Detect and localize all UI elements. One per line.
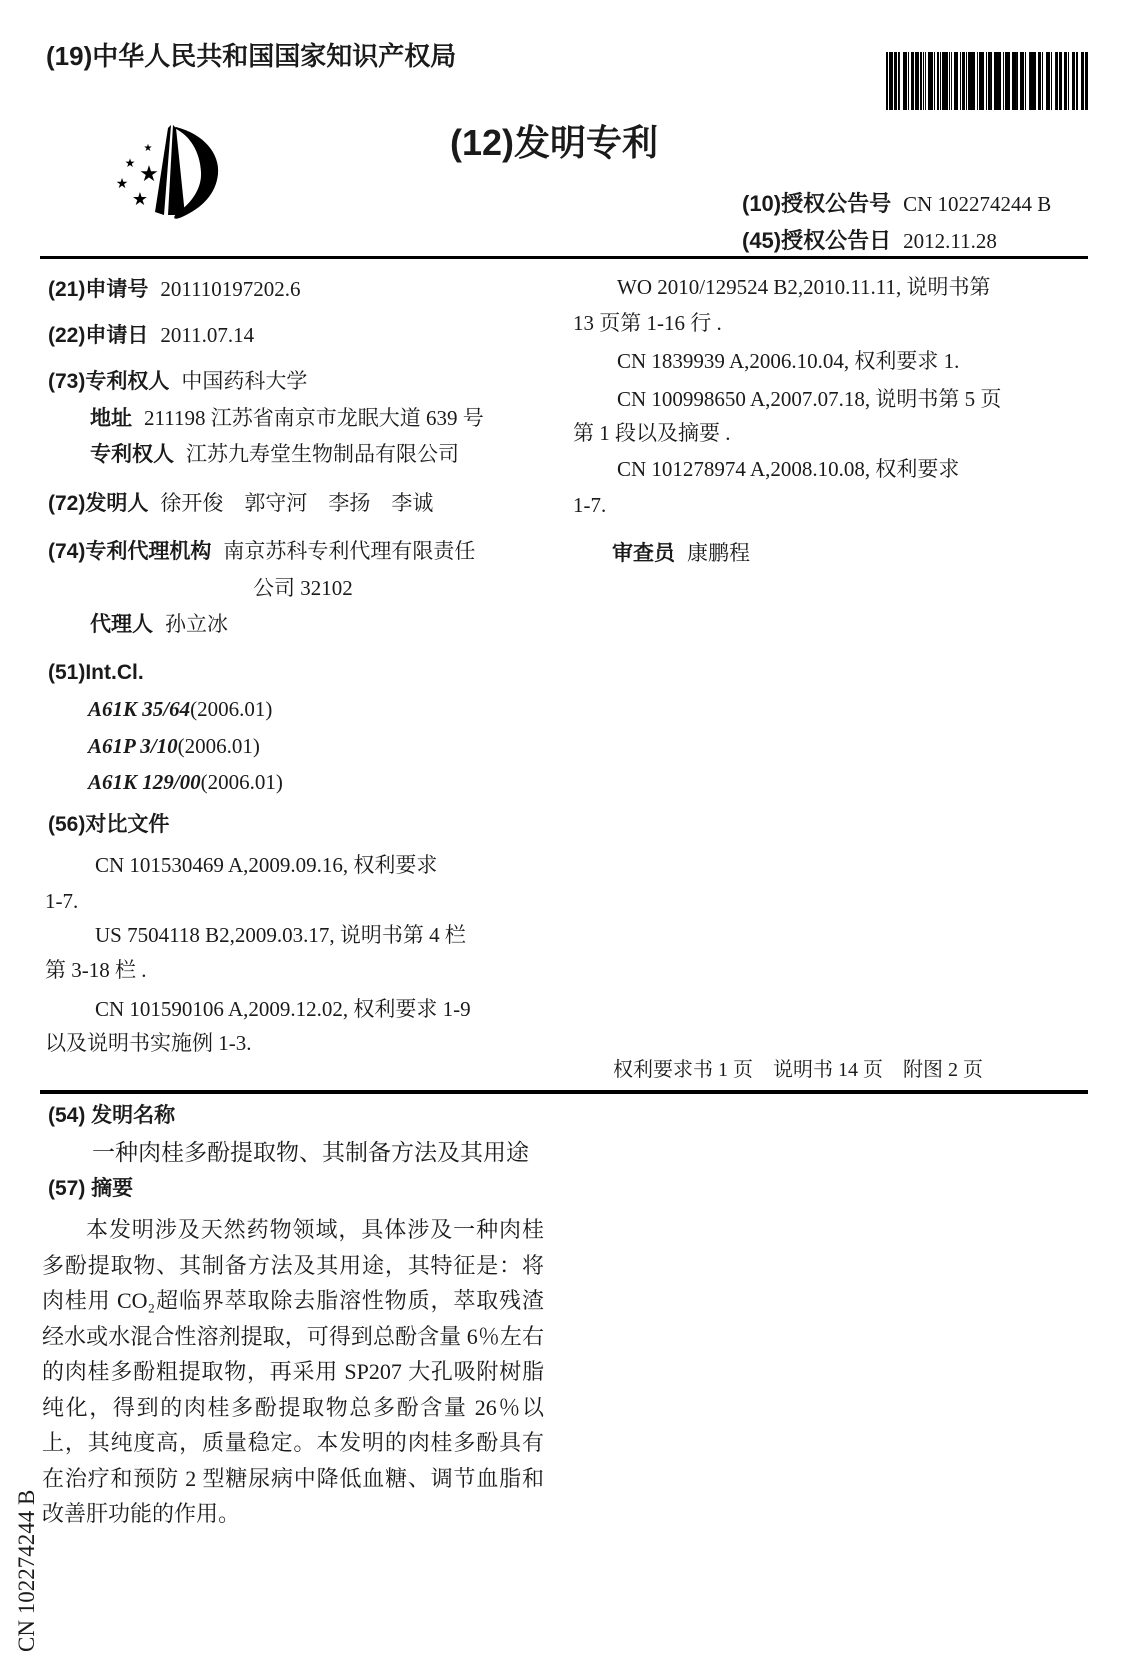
address-label: 地址 [90, 407, 132, 430]
publication-number-value: CN 102274244 B [903, 192, 1051, 216]
int-cl-version: (2006.01) [190, 697, 272, 721]
patent-office-title: (19)中华人民共和国国家知识产权局 [46, 40, 456, 73]
section-divider [40, 1090, 1088, 1094]
agent-label: 代理人 [90, 613, 153, 636]
citation-line: WO 2010/129524 B2,2010.11.11, 说明书第 [617, 274, 991, 300]
examiner-value: 康鹏程 [687, 541, 750, 565]
examiner-line: 审查员康鹏程 [612, 540, 750, 567]
citation-line: 1-7. [573, 492, 606, 518]
citation-line: 第 3-18 栏 . [45, 957, 147, 983]
application-number-line: (21)申请号201110197202.6 [48, 276, 301, 303]
co-patentee-line: 专利权人江苏九寿堂生物制品有限公司 [90, 441, 459, 468]
patentee-address-line: 地址211198 江苏省南京市龙眠大道 639 号 [90, 405, 484, 432]
side-publication-number: CN 102274244 B [14, 1432, 40, 1652]
application-date-line: (22)申请日2011.07.14 [48, 322, 254, 349]
citation-line: 13 页第 1-16 行 . [573, 310, 722, 336]
application-date-label: (22)申请日 [48, 324, 148, 347]
int-cl-version: (2006.01) [178, 734, 260, 758]
application-number-value: 201110197202.6 [160, 277, 300, 301]
inventors-value: 徐开俊 郭守河 李扬 李诚 [160, 491, 433, 515]
patent-agency-line: (74)专利代理机构南京苏科专利代理有限责任 [48, 538, 475, 565]
patentee-value: 中国药科大学 [181, 369, 307, 393]
invention-title-label: (54) 发明名称 [48, 1103, 175, 1129]
page-counts-line: 权利要求书 1 页 说明书 14 页 附图 2 页 [613, 1058, 983, 1083]
int-cl-item: A61K 35/64(2006.01) [88, 696, 272, 722]
application-number-label: (21)申请号 [48, 278, 148, 301]
cited-documents-label: (56)对比文件 [48, 812, 169, 838]
patent-agency-label: (74)专利代理机构 [48, 540, 211, 563]
citation-line: CN 100998650 A,2007.07.18, 说明书第 5 页 [617, 386, 1001, 412]
document-type-title: (12)发明专利 [450, 120, 658, 165]
publication-number-line: (10)授权公告号CN 102274244 B [742, 190, 1051, 218]
patent-agency-value: 南京苏科专利代理有限责任 [223, 539, 475, 563]
abstract-text: 本发明涉及天然药物领域，具体涉及一种肉桂多酚提取物、其制备方法及其用途，其特征是… [42, 1212, 544, 1532]
int-cl-class: A61K 129/00 [88, 770, 201, 794]
co-patentee-value: 江苏九寿堂生物制品有限公司 [186, 442, 459, 466]
int-cl-class: A61K 35/64 [88, 697, 190, 721]
patentee-label: (73)专利权人 [48, 370, 169, 393]
address-value: 211198 江苏省南京市龙眠大道 639 号 [144, 406, 484, 430]
citation-line: CN 101590106 A,2009.12.02, 权利要求 1-9 [95, 996, 471, 1022]
int-cl-label: (51)Int.Cl. [48, 660, 144, 686]
svg-text:★: ★ [116, 177, 129, 192]
svg-text:★: ★ [144, 143, 153, 154]
publication-number-label: (10)授权公告号 [742, 191, 891, 216]
citation-line: CN 1839939 A,2006.10.04, 权利要求 1. [617, 348, 959, 374]
citation-line: CN 101278974 A,2008.10.08, 权利要求 [617, 456, 959, 482]
citation-line: CN 101530469 A,2009.09.16, 权利要求 [95, 852, 437, 878]
inventors-line: (72)发明人徐开俊 郭守河 李扬 李诚 [48, 490, 433, 517]
barcode-icon [886, 52, 1090, 110]
svg-text:★: ★ [125, 156, 136, 170]
publication-date-label: (45)授权公告日 [742, 228, 891, 253]
examiner-label: 审查员 [612, 542, 675, 565]
patent-front-page: (19)中华人民共和国国家知识产权局 ★ ★ ★ ★ ★ (12)发明专利 (1… [0, 0, 1126, 1657]
agent-value: 孙立冰 [165, 612, 228, 636]
abstract-label: (57) 摘要 [48, 1176, 133, 1202]
patentee-line: (73)专利权人中国药科大学 [48, 368, 307, 395]
application-date-value: 2011.07.14 [160, 323, 254, 347]
svg-text:★: ★ [132, 189, 148, 209]
publication-date-line: (45)授权公告日2012.11.28 [742, 227, 997, 255]
int-cl-item: A61P 3/10(2006.01) [88, 733, 260, 759]
citation-line: 以及说明书实施例 1-3. [45, 1030, 252, 1056]
agent-line: 代理人孙立冰 [90, 611, 228, 638]
int-cl-class: A61P 3/10 [88, 734, 178, 758]
citation-line: US 7504118 B2,2009.03.17, 说明书第 4 栏 [95, 922, 466, 948]
co-patentee-label: 专利权人 [90, 443, 174, 466]
citation-line: 1-7. [45, 888, 78, 914]
publication-date-value: 2012.11.28 [903, 229, 997, 253]
invention-title: 一种肉桂多酚提取物、其制备方法及其用途 [92, 1139, 529, 1168]
cnipa-emblem-icon: ★ ★ ★ ★ ★ [112, 122, 230, 220]
header-divider [40, 256, 1088, 259]
int-cl-version: (2006.01) [201, 770, 283, 794]
svg-text:★: ★ [139, 161, 159, 186]
inventors-label: (72)发明人 [48, 492, 148, 515]
patent-agency-line-2: 公司 32102 [253, 575, 353, 601]
int-cl-item: A61K 129/00(2006.01) [88, 769, 283, 795]
citation-line: 第 1 段以及摘要 . [573, 420, 731, 446]
